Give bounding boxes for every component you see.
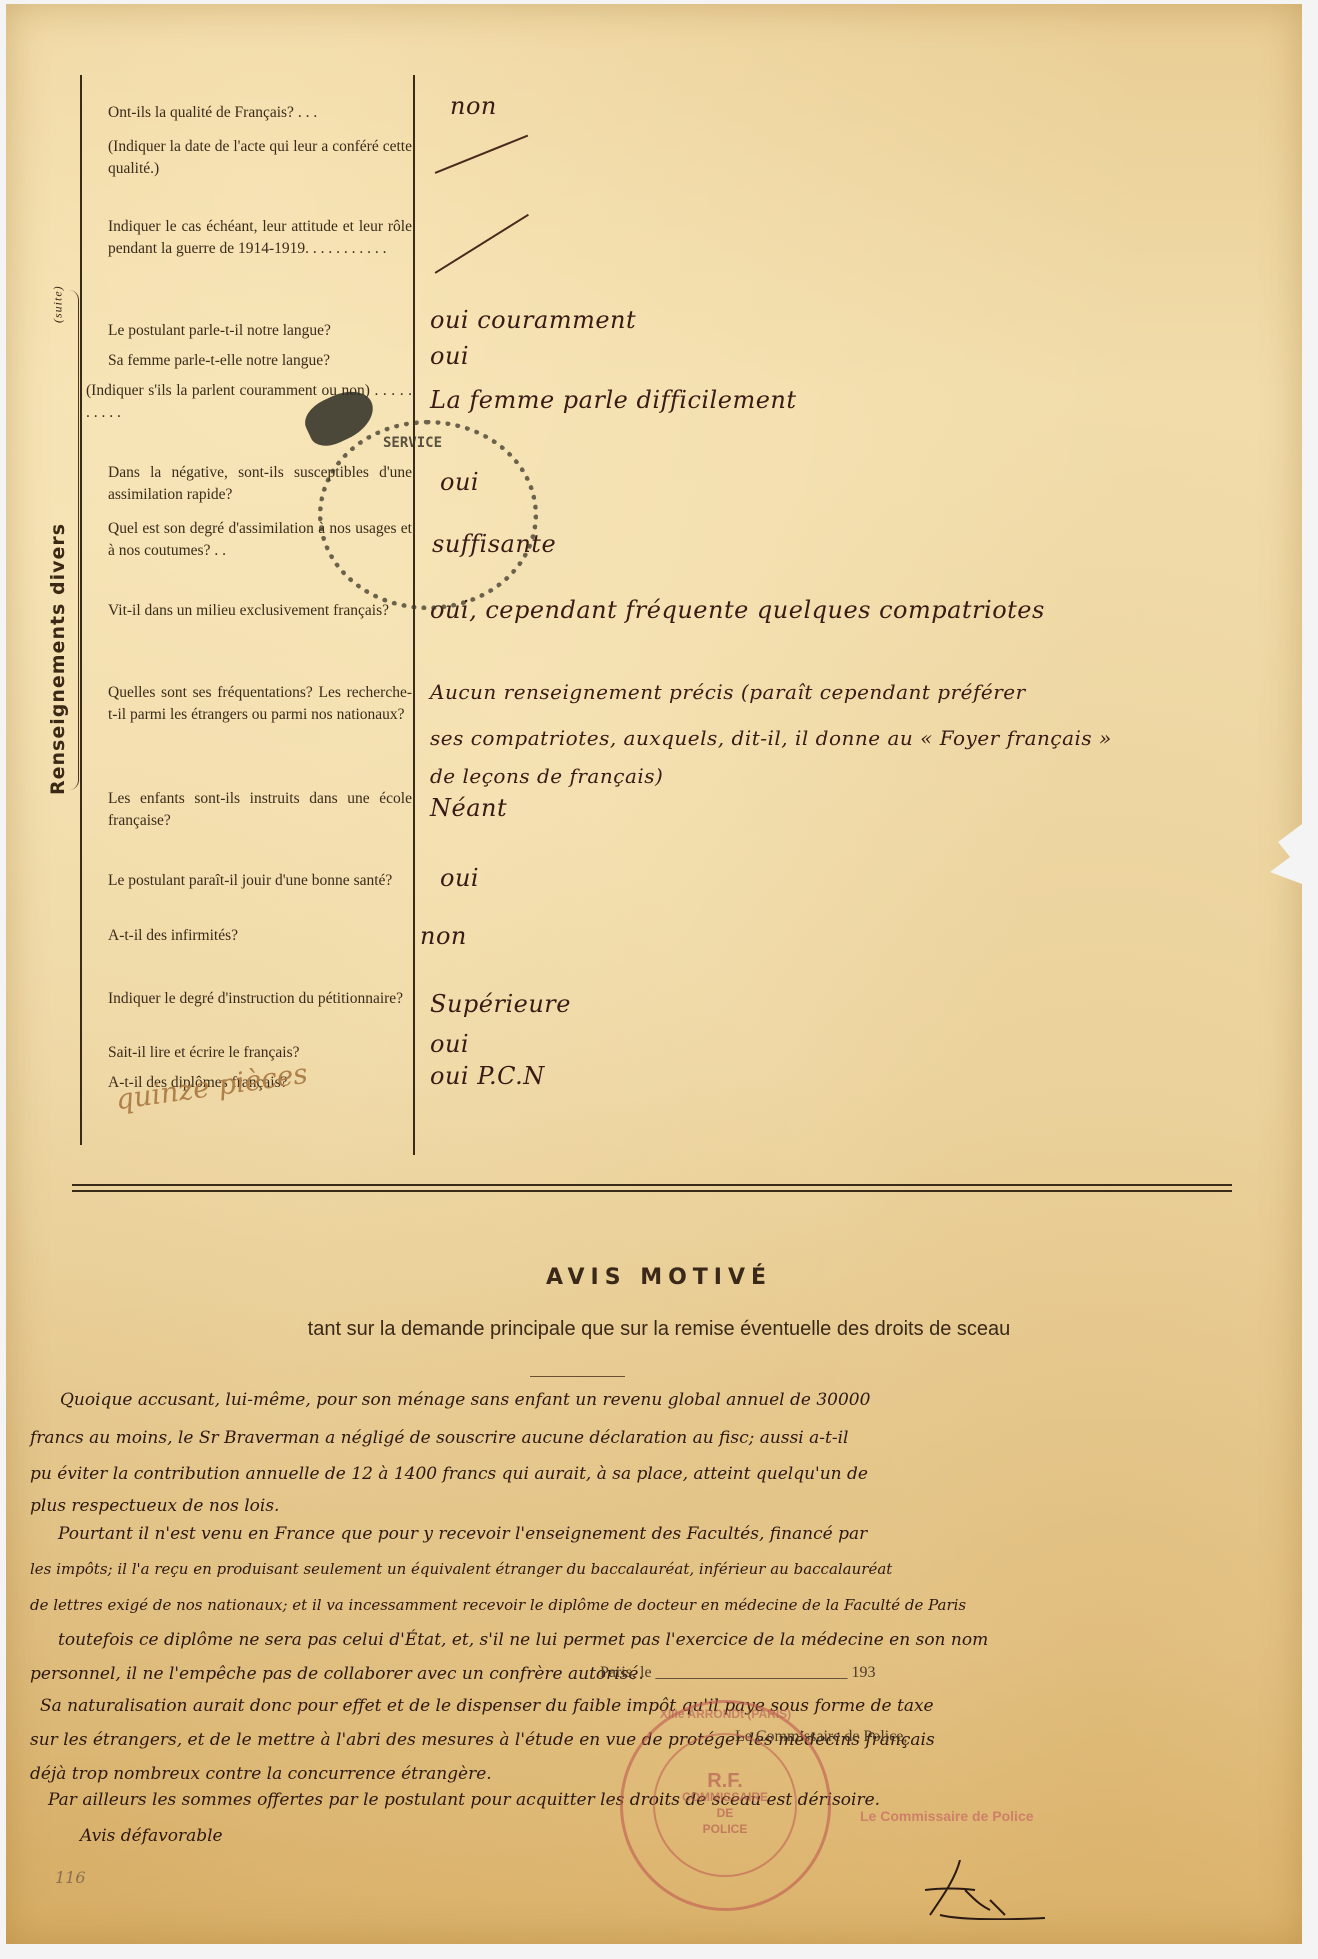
question-war-role: Indiquer le cas échéant, leur attitude e…: [86, 216, 412, 260]
section-label: Renseignements divers (suite): [38, 285, 78, 795]
answer-milieu: oui, cependant fréquente quelques compat…: [430, 596, 1045, 624]
avis-line: francs au moins, le Sr Braverman a négli…: [30, 1428, 1300, 1448]
question-nationality-date: (Indiquer la date de l'acte qui leur a c…: [86, 136, 412, 180]
avis-line: les impôts; il l'a reçu en produisant se…: [30, 1560, 1300, 1578]
question-wife-language: Sa femme parle-t-elle notre langue?: [86, 350, 412, 372]
red-police-seal: XIIIe ARRONDt (PARIS) R.F. COMMISSAIRE D…: [620, 1700, 831, 1911]
avis-title: AVIS MOTIVÉ: [0, 1265, 1318, 1290]
question-frequentations: Quelles sont ses fréquentations? Les rec…: [86, 682, 412, 726]
question-milieu: Vit-il dans un milieu exclusivement fran…: [86, 600, 412, 622]
question-nationality: Ont-ils la qualité de Français? . . .: [86, 102, 412, 124]
black-postmark-stamp: SERVICE: [318, 420, 538, 610]
avis-line: toutefois ce diplôme ne sera pas celui d…: [58, 1630, 1318, 1650]
avis-subtitle: tant sur la demande principale que sur l…: [0, 1318, 1318, 1341]
answer-infirmities: non: [420, 922, 467, 950]
section-divider-bottom: [72, 1190, 1232, 1192]
answer-wife-language: oui: [430, 342, 469, 370]
section-divider-top: [72, 1184, 1232, 1186]
signature-icon: [920, 1860, 1050, 1920]
question-education: Indiquer le degré d'instruction du pétit…: [86, 988, 412, 1010]
page-number: 116: [55, 1868, 86, 1887]
red-signature-stamp: Le Commissaire de Police: [860, 1808, 1034, 1824]
answer-diplomas: oui P.C.N: [430, 1062, 545, 1090]
answer-fluency: La femme parle difficilement: [430, 386, 797, 414]
document-page: [6, 4, 1302, 1944]
answer-speaks-language: oui couramment: [430, 306, 636, 334]
form-column-divider: [413, 75, 415, 1155]
avis-line: Quoique accusant, lui-même, pour son mén…: [60, 1390, 1318, 1410]
answer-children-school: Néant: [430, 794, 507, 822]
section-label-suffix: (suite): [51, 285, 66, 323]
answer-literacy: oui: [430, 1030, 469, 1058]
answer-frequentations-2: ses compatriotes, auxquels, dit-il, il d…: [430, 726, 1112, 750]
torn-edge: [1262, 824, 1302, 884]
answer-frequentations-3: de leçons de français): [430, 764, 663, 788]
question-children-school: Les enfants sont-ils instruits dans une …: [86, 788, 412, 832]
avis-line: plus respectueux de nos lois.: [30, 1496, 1300, 1516]
question-speaks-language: Le postulant parle-t-il notre langue?: [86, 320, 412, 342]
answer-frequentations-1: Aucun renseignement précis (paraît cepen…: [430, 680, 1026, 704]
answer-education: Supérieure: [430, 990, 571, 1018]
section-label-text: Renseignements divers: [47, 523, 69, 795]
avis-line: pu éviter la contribution annuelle de 12…: [30, 1464, 1300, 1484]
question-infirmities: A-t-il des infirmités?: [86, 925, 412, 947]
ornament-rule: [530, 1376, 625, 1377]
avis-line: Pourtant il n'est venu en France que pou…: [58, 1524, 1318, 1544]
question-health: Le postulant paraît-il jouir d'une bonne…: [86, 870, 412, 892]
printed-date-line: Paris, le ________________________ 193: [600, 1664, 876, 1682]
answer-health: oui: [440, 864, 479, 892]
avis-line: de lettres exigé de nos nationaux; et il…: [30, 1596, 1300, 1614]
form-left-border: [80, 75, 82, 1145]
answer-nationality: non: [450, 92, 497, 120]
question-literacy: Sait-il lire et écrire le français?: [86, 1042, 412, 1064]
